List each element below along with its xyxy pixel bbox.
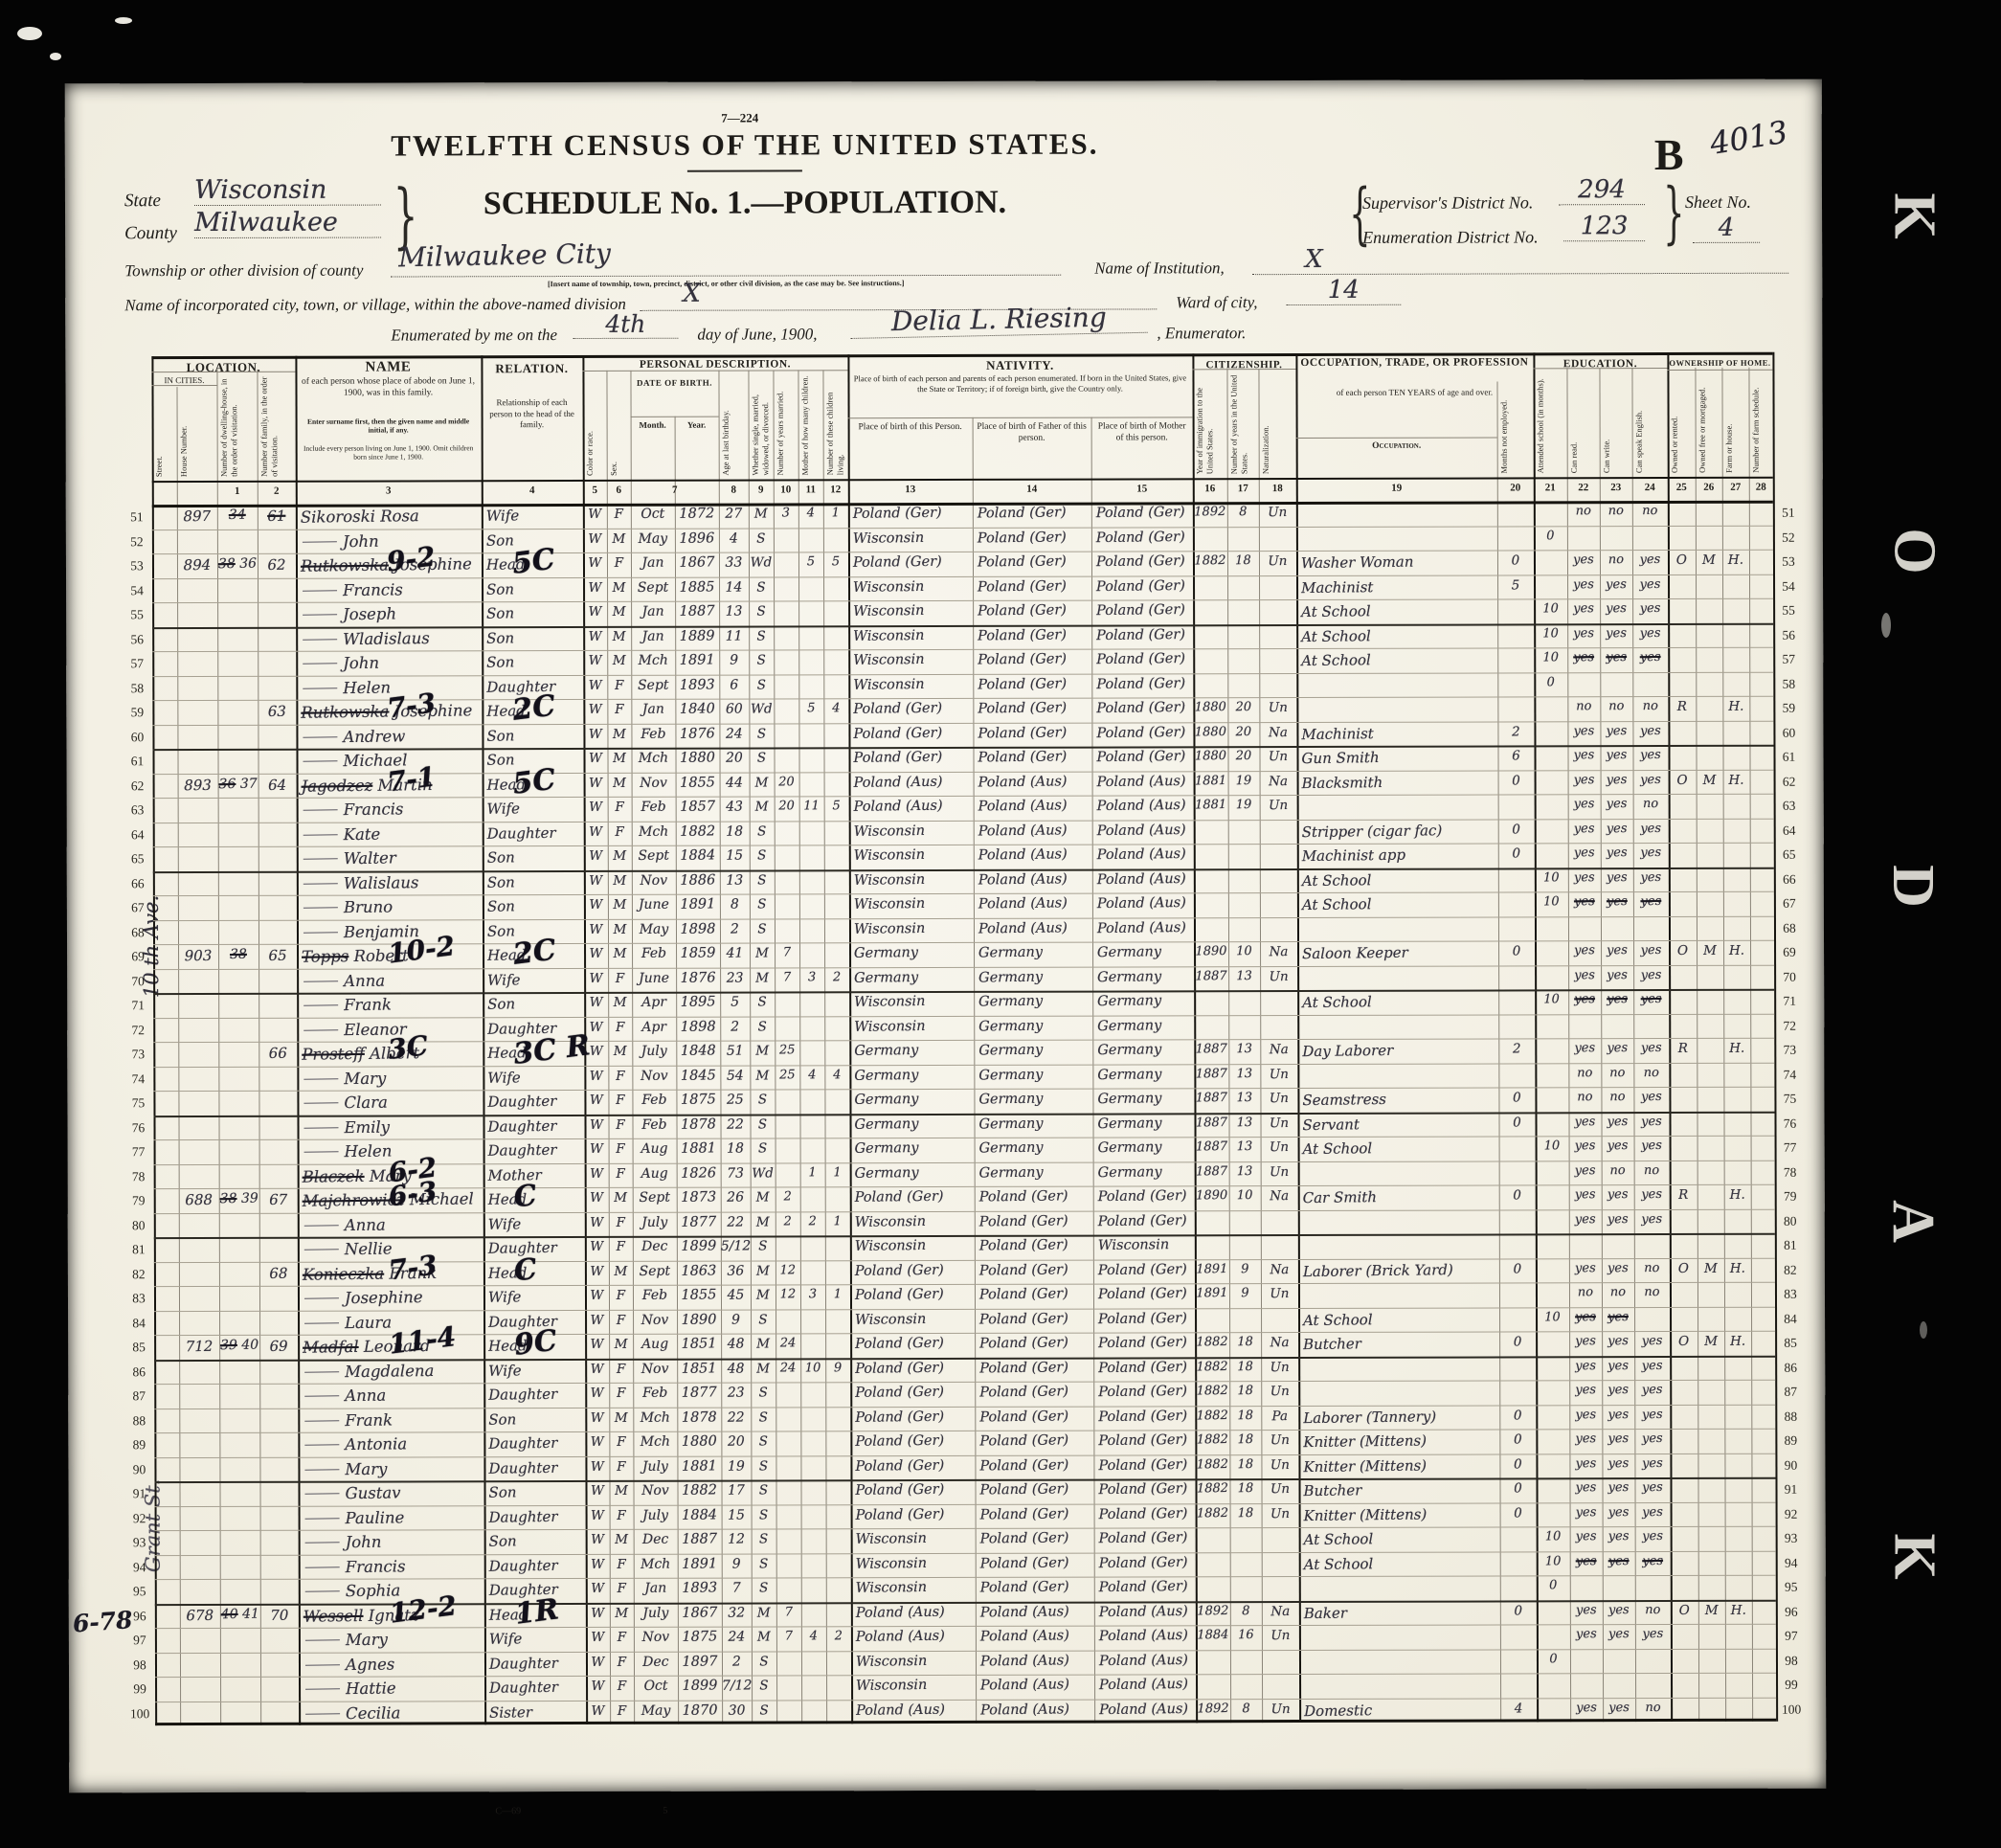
table-cell-eng: yes [1635,1627,1671,1652]
table-cell-pob2: Poland (Ger) [978,675,1091,701]
table-cell-mne: 0 [1498,1090,1535,1115]
table-cell-month: Mch [632,823,676,848]
census-sheet: 7—224 TWELFTH CENSUS OF THE UNITED STATE… [65,79,1827,1793]
table-cell-color: W [584,823,608,848]
table-cell-pob2: Germany [978,1163,1092,1189]
table-cell-ym: 20 [774,799,798,823]
table-cell-year: 1855 [675,775,719,800]
table-cell-sex: F [610,1581,634,1606]
table-cell-att: 10 [1534,601,1567,626]
table-cell-sex: F [610,1556,634,1581]
table-cell-pob3: Poland (Ger) [1096,602,1193,628]
table-cell-eng: no [1635,1700,1671,1724]
table-cell-year: 1895 [676,994,720,1019]
form-number: 7—224 [697,110,783,125]
table-cell-sex: M [607,579,631,604]
ward-label: Ward of city, [1176,293,1257,312]
table-cell-write: yes [1601,967,1633,992]
table-cell-month: July [633,1214,677,1239]
table-cell-fam: 70 [260,1606,299,1631]
table-cell-mc: 1 [799,1165,824,1190]
table-cell-year: 1893 [678,1580,722,1605]
table-cell-pob2: Poland (Ger) [979,1481,1093,1507]
table-cell-fam: 69 [259,1338,298,1363]
line-number-right: 69 [1774,945,1805,960]
table-cell-age: 26 [721,1189,751,1214]
table-cell-name: Josephine [303,1287,483,1314]
line-number-right: 72 [1774,1018,1805,1033]
table-cell-fh: H. [1722,699,1749,724]
table-cell-read: yes [1568,845,1601,870]
table-cell-month: May [632,921,676,946]
table-cell-name: Francis [301,579,482,606]
table-cell-write: yes [1602,1211,1634,1236]
grid-line [848,417,1193,418]
table-cell-att: 10 [1534,650,1567,675]
table-cell-pob2: Poland (Ger) [978,553,1091,579]
table-cell-sex: M [607,775,631,800]
table-cell-year: 1857 [675,799,719,823]
table-cell-color: W [584,921,608,946]
table-cell-age: 6 [719,677,749,702]
table-cell-name: Francis [304,1556,484,1583]
table-cell-occ: Domestic [1304,1700,1500,1726]
table-cell-att: 10 [1536,1529,1569,1554]
table-cell-mne: 0 [1498,822,1535,846]
table-cell-read: yes [1569,1408,1602,1432]
table-cell-age: 7/12 [722,1678,752,1702]
table-cell-year: 1877 [677,1385,721,1409]
table-cell-mar: S [751,1507,776,1532]
table-cell-mc: 2 [800,1214,825,1239]
table-cell-pob2: Poland (Ger) [979,1530,1093,1556]
table-cell-pob1: Poland (Ger) [853,700,973,726]
table-cell-color: W [584,1093,608,1117]
table-cell-rel: Wife [488,1214,585,1240]
table-cell-pob2: Germany [978,968,1092,994]
line-number-left: 93 [124,1535,155,1550]
table-cell-mne: 0 [1499,1334,1536,1359]
table-cell-rel: Wife [487,1068,584,1093]
table-cell-eng: yes [1634,1187,1670,1212]
table-cell-age: 13 [720,872,750,897]
column-number: 18 [1259,483,1296,494]
header-month: Month. [631,420,675,430]
table-cell-dwell: 34 [217,507,258,532]
table-cell-month: Jan [631,554,675,579]
table-cell-pob2: Germany [978,1017,1092,1043]
table-cell-eng: yes [1634,1334,1670,1359]
table-cell-month: July [633,1458,677,1483]
line-number-right: 84 [1775,1311,1806,1326]
table-cell-color: W [584,1116,608,1141]
table-cell-month: Oct [631,506,675,530]
table-cell-month: Feb [631,799,675,823]
table-cell-write: yes [1601,1041,1633,1066]
table-cell-pob3: Poland (Aus) [1097,919,1194,945]
table-cell-mar: S [750,896,775,921]
line-number-right: 90 [1775,1457,1806,1473]
column-number: 11 [798,484,823,495]
table-cell-nat: Un [1261,1384,1298,1409]
table-cell-own: O [1670,1334,1697,1359]
header-pob-mother: Place of birth of Mother of this person. [1093,420,1191,444]
header-name-note1: Enter surname first, then the given name… [302,417,476,434]
table-cell-year: 1876 [676,970,720,995]
table-cell-occ: Butcher [1303,1479,1499,1506]
table-cell-fam: 68 [259,1264,298,1289]
table-cell-month: Apr [632,994,676,1019]
table-cell-read: yes [1569,1456,1602,1481]
table-cell-write: yes [1602,1334,1634,1359]
table-cell-yus: 20 [1227,724,1259,749]
table-cell-cl: 9 [825,1361,850,1386]
table-cell-mar: S [751,1458,776,1483]
table-cell-sex: F [608,1165,632,1190]
table-cell-read: yes [1569,1261,1602,1286]
table-cell-mar: S [752,1678,776,1702]
table-cell-mc: 5 [798,701,823,726]
line-number-left: 85 [124,1340,154,1355]
table-cell-read: no [1567,699,1600,724]
table-cell-write: yes [1602,1383,1634,1408]
table-cell-write: yes [1603,1553,1635,1578]
table-cell-nat: Un [1262,1628,1299,1653]
table-cell-sex: F [609,1239,633,1264]
column-number: 20 [1497,482,1534,493]
township-note: [Insert name of township, town, precinct… [486,279,965,288]
table-cell-nat: Un [1261,1456,1298,1481]
table-cell-write: yes [1600,576,1632,601]
table-cell-cl: 5 [823,799,848,823]
table-cell-year: 1885 [675,579,719,604]
table-cell-pob1: Wisconsin [856,1677,976,1702]
table-cell-fam: 66 [259,1045,297,1070]
table-cell-pob1: Poland (Ger) [853,505,973,530]
line-number-right: 60 [1773,725,1804,740]
table-cell-pob3: Poland (Ger) [1098,1384,1195,1409]
table-cell-color: W [585,1483,609,1508]
table-cell-month: Sept [633,1189,677,1214]
table-cell-occ: Knitter (Mittens) [1303,1455,1499,1482]
table-cell-year: 1898 [676,1019,720,1044]
table-cell-month: Jan [631,628,675,653]
table-cell-color: W [584,946,608,971]
table-cell-name: Kate [302,823,483,850]
table-cell-pob3: Poland (Ger) [1098,1481,1195,1507]
table-cell-color: W [586,1679,610,1703]
column-number: 27 [1722,482,1749,493]
table-cell-color: W [583,628,607,653]
table-cell-pob2: Poland (Aus) [978,919,1092,945]
table-cell-write: yes [1601,821,1633,845]
line-number-left: 89 [124,1437,154,1453]
table-cell-sex: M [607,726,631,751]
table-cell-ym: 7 [776,1629,801,1654]
table-cell-pob3: Poland (Ger) [1098,1212,1195,1238]
header-col2: Number of family, in the order of visita… [259,370,295,477]
grid-line [582,370,847,372]
line-number-left: 75 [123,1095,153,1111]
institution-line [1252,273,1788,275]
table-cell-read: yes [1569,1359,1602,1384]
table-cell-read: yes [1567,773,1600,798]
table-cell-month: Dec [633,1238,677,1263]
table-cell-eng: no [1632,504,1668,529]
table-cell-age: 27 [719,506,749,530]
table-cell-month: Jan [631,701,675,726]
table-cell-mne: 0 [1499,1480,1536,1505]
line-number-left: 72 [123,1023,153,1038]
table-cell-occ: At School [1304,1528,1500,1555]
table-cell-pob1: Wisconsin [853,676,973,702]
table-cell-att: 0 [1534,675,1567,700]
table-cell-yus: 10 [1228,944,1260,969]
table-cell-write: no [1602,1285,1634,1310]
line-number-right: 79 [1775,1189,1806,1205]
table-cell-fm: M [1698,1602,1725,1627]
table-cell-name: Anna [302,970,483,997]
table-cell-mne: 0 [1497,552,1534,577]
table-cell-rel: Mother [487,1165,584,1191]
table-cell-fh: H. [1722,772,1749,797]
table-cell-read: no [1568,1066,1601,1091]
line-number-left: 64 [123,827,153,843]
line-number-left: 73 [123,1047,153,1062]
table-cell-sex: M [607,751,631,776]
table-cell-fh: H. [1725,1602,1752,1627]
table-cell-month: Nov [634,1629,678,1654]
table-cell-rel: Daughter [489,1556,586,1582]
line-number-left: 88 [124,1413,154,1429]
table-cell-fm: M [1697,1260,1724,1285]
table-cell-mar: S [750,1092,775,1116]
table-cell-age: 2 [722,1654,752,1679]
header-farm-schedule: Number of farm schedule. [1750,372,1772,473]
table-cell-eng: yes [1633,894,1669,919]
table-cell-age: 15 [720,847,750,872]
table-cell-yus: 13 [1228,1042,1260,1067]
table-cell-age: 4 [719,530,749,555]
table-cell-year: 1889 [675,628,719,653]
line-number-left: 70 [123,974,153,989]
table-cell-month: Oct [634,1678,678,1702]
table-cell-eng: yes [1634,1529,1670,1554]
header-name-note2: Include every person living on June 1, 1… [302,443,476,461]
table-cell-pob1: Germany [854,944,974,970]
header-children-living: Number of these children living. [824,373,847,475]
table-cell-mne: 0 [1498,845,1535,870]
enumerator-mark-name: 7-3 [386,687,438,724]
table-cell-color: W [585,1434,609,1459]
table-cell-name: Francis [302,799,483,825]
table-cell-ym: 25 [775,1068,799,1093]
table-cell-pob1: Wisconsin [854,895,974,921]
township-label: Township or other division of county [124,261,363,282]
table-cell-imm: 1882 [1195,1432,1229,1457]
table-cell-year: 1891 [678,1556,722,1581]
table-cell-read: yes [1569,1480,1602,1505]
table-cell-color: W [585,1507,609,1532]
header-name: NAME [295,359,481,376]
enumerated-day: 4th [573,310,678,339]
table-cell-pob2: Poland (Ger) [979,1237,1093,1263]
column-number: 25 [1668,482,1696,493]
table-cell-rel: Daughter [488,1433,585,1459]
table-cell-pob1: Wisconsin [856,1555,976,1581]
column-number: 2 [258,485,296,497]
table-cell-eng: yes [1633,943,1669,968]
table-cell-color: W [584,1141,608,1166]
table-cell-eng: yes [1633,1138,1669,1163]
table-cell-yus: 18 [1229,1505,1261,1530]
table-cell-month: July [632,1043,676,1068]
table-cell-nat: Un [1259,505,1296,530]
table-cell-write: yes [1602,1358,1634,1383]
table-cell-pob1: Wisconsin [854,823,974,848]
table-cell-color: W [586,1702,610,1727]
table-cell-yus: 20 [1227,700,1259,725]
table-cell-pob1: Poland (Ger) [855,1506,975,1532]
table-cell-name: Walter [302,847,483,874]
header-col1: Number of dwelling-house, in the order o… [218,370,257,477]
table-cell-mar: M [751,1189,776,1214]
table-cell-nat: Na [1262,1603,1299,1628]
table-cell-color: W [583,604,607,629]
table-cell-color: W [583,555,607,580]
line-number-left: 54 [122,583,152,598]
table-cell-pob1: Poland (Ger) [855,1360,975,1386]
table-cell-age: 48 [721,1361,751,1386]
table-cell-sex: F [608,1116,632,1141]
table-cell-pob2: Poland (Ger) [978,577,1091,603]
table-cell-color: W [584,1068,608,1093]
table-cell-imm: 1891 [1195,1262,1229,1287]
table-cell-pob3: Poland (Ger) [1098,1261,1195,1287]
table-cell-mar: S [750,823,775,848]
table-cell-color: W [583,726,607,751]
enumerator-mark-name: 7-3 [387,1249,438,1286]
table-cell-pob3: Poland (Ger) [1098,1188,1195,1214]
table-cell-dwell: 38 [218,947,259,972]
table-cell-write: yes [1602,1187,1634,1212]
table-cell-occ: Machinist [1301,576,1497,603]
table-cell-rel: Son [487,872,584,898]
table-cell-year: 1899 [678,1678,722,1702]
table-cell-att: 0 [1537,1652,1570,1677]
plate-number: C—69 [495,1806,521,1816]
table-cell-pob2: Poland (Ger) [979,1212,1093,1238]
table-cell-month: Nov [631,775,675,800]
table-cell-pob2: Poland (Aus) [980,1652,1094,1678]
table-cell-sex: F [607,507,631,531]
header-color: Color or race. [584,374,606,476]
table-cell-fh: H. [1723,1041,1750,1066]
table-cell-cl: 2 [824,970,849,995]
table-cell-pob3: Poland (Ger) [1098,1432,1195,1458]
table-cell-mne: 6 [1497,748,1534,773]
table-cell-read: yes [1569,1505,1602,1530]
table-cell-pob1: Wisconsin [854,846,974,872]
table-cell-rel: Daughter [488,1385,585,1410]
table-cell-mar: S [751,1385,776,1409]
table-cell-color: W [583,677,607,702]
table-cell-rel: Wife [489,1629,586,1655]
table-cell-mar: S [750,1019,775,1044]
table-cell-imm: 1880 [1193,749,1227,774]
table-cell-year: 1887 [675,603,719,628]
column-number: 3 [296,485,482,497]
enumerator-mark-relation: 9C [512,1323,559,1362]
table-cell-eng: no [1634,1285,1670,1310]
table-cell-imm: 1887 [1194,1116,1228,1140]
table-cell-att: 0 [1537,1578,1570,1603]
table-cell-color: W [584,1165,608,1190]
township-line [391,275,1061,278]
table-cell-yus: 13 [1228,1139,1260,1164]
table-cell-pob3: Germany [1097,1042,1194,1068]
line-number-left: 69 [123,949,153,964]
table-cell-rel: Wife [486,799,583,824]
table-cell-read: yes [1568,894,1601,919]
line-number-right: 66 [1774,871,1805,887]
table-cell-att: 0 [1534,529,1567,553]
table-cell-age: 73 [720,1165,750,1190]
table-cell-fam: 62 [258,556,296,581]
table-cell-pob3: Poland (Ger) [1096,577,1193,603]
census-table: LOCATION. IN CITIES. Street. House Numbe… [121,352,1807,1744]
table-cell-sex: M [609,1532,633,1557]
table-cell-name: Magdalena [303,1361,483,1387]
table-cell-occ: Day Laborer [1302,1040,1498,1067]
table-cell-pob3: Poland (Aus) [1099,1628,1196,1654]
scanned-census-page: { "film": { "frame_letter": "B", "stamp"… [0,0,2001,1848]
table-cell-month: Aug [633,1336,677,1361]
table-cell-nat: Na [1260,1042,1297,1067]
table-cell-year: 1870 [678,1702,722,1727]
table-cell-mc: 3 [799,970,824,995]
supervisor-value: 294 [1559,175,1645,205]
line-number-left: 67 [123,900,153,915]
table-cell-mar: S [752,1556,776,1581]
grid-line [151,385,216,386]
table-cell-pob2: Poland (Ger) [978,749,1091,775]
table-cell-nat: Un [1260,1139,1297,1164]
line-number-left: 91 [124,1486,155,1501]
table-cell-month: July [634,1605,678,1630]
table-cell-ym: 7 [775,970,799,995]
header-years-us: Number of years in the United States. [1228,372,1258,474]
schedule-title: SCHEDULE No. 1.—POPULATION. [467,185,1023,223]
column-number: 12 [823,484,848,495]
table-cell-mne: 0 [1499,1456,1536,1481]
table-cell-name: John [301,652,482,679]
table-cell-pob3: Poland (Ger) [1098,1359,1195,1385]
table-cell-sex: F [609,1507,633,1532]
table-cell-pob3: Poland (Ger) [1099,1579,1196,1605]
table-cell-sex: F [609,1214,633,1239]
table-cell-yus: 18 [1229,1432,1261,1457]
table-cell-pob2: Germany [978,1042,1092,1068]
table-cell-rel: Daughter [489,1678,586,1703]
table-cell-own: O [1668,552,1696,577]
table-cell-read: yes [1567,724,1600,749]
table-cell-pob1: Poland (Ger) [855,1384,975,1409]
table-cell-mar: M [749,506,774,530]
table-cell-year: 1873 [677,1189,721,1214]
column-number: 22 [1567,482,1600,493]
table-cell-eng: yes [1633,1114,1669,1138]
